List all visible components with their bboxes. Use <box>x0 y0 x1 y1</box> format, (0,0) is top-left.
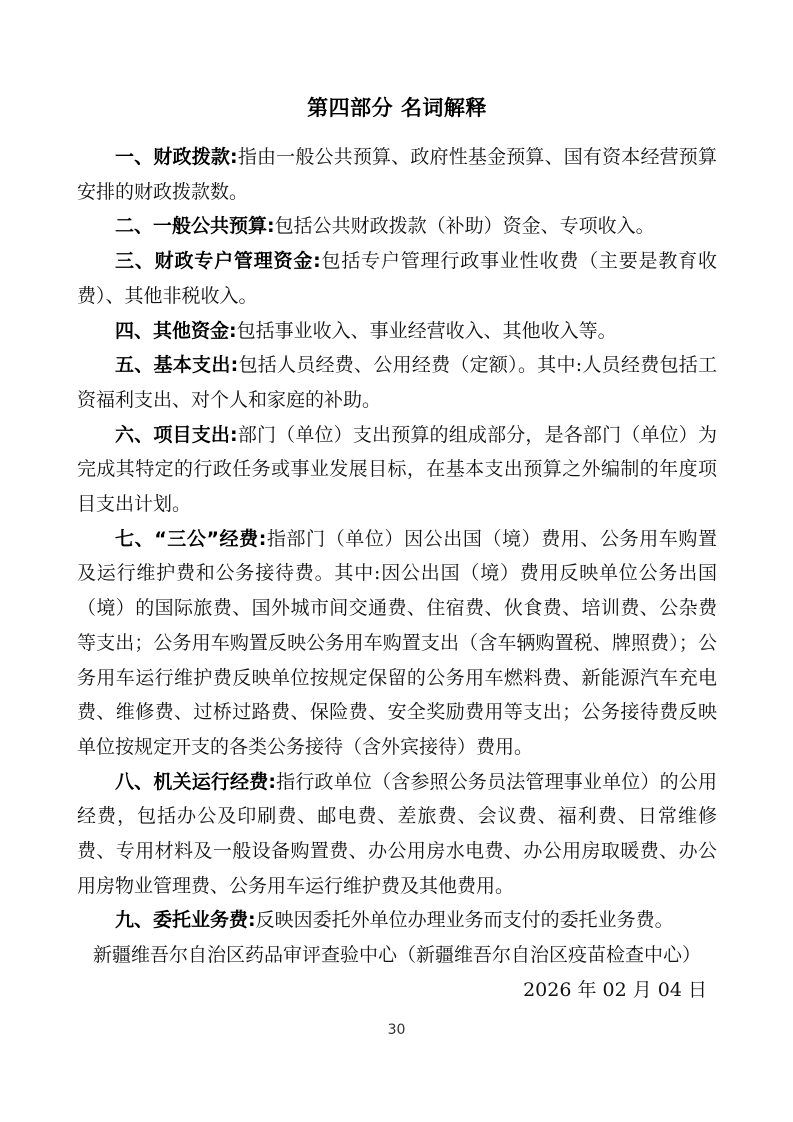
term-label-1: 一、财政拨款: <box>115 146 238 168</box>
term-label-7: 七、“三公”经费: <box>115 528 266 550</box>
term-label-6: 六、项目支出: <box>115 424 238 446</box>
term-label-2: 二、一般公共预算: <box>115 215 275 237</box>
term-paragraph-5: 五、基本支出:包括人员经费、公用经费（定额）。其中:人员经费包括工资福利支出、对… <box>77 348 717 417</box>
term-paragraph-6: 六、项目支出:部门（单位）支出预算的组成部分，是各部门（单位）为完成其特定的行政… <box>77 418 717 522</box>
term-label-8: 八、机关运行经费: <box>115 771 276 793</box>
document-content: 第四部分 名词解释 一、财政拨款:指由一般公共预算、政府性基金预算、国有资本经营… <box>77 97 717 1008</box>
page-number: 30 <box>0 1022 793 1038</box>
term-paragraph-2: 二、一般公共预算:包括公共财政拨款（补助）资金、专项收入。 <box>77 209 717 244</box>
term-paragraph-1: 一、财政拨款:指由一般公共预算、政府性基金预算、国有资本经营预算安排的财政拨款数… <box>77 140 717 209</box>
term-label-4: 四、其他资金: <box>115 320 237 342</box>
term-paragraph-9: 九、委托业务费:反映因委托外单位办理业务而支付的委托业务费。 <box>77 903 717 938</box>
signature-line: 新疆维吾尔自治区药品审评查验中心（新疆维吾尔自治区疫苗检查中心） <box>77 938 717 973</box>
term-paragraph-8: 八、机关运行经费:指行政单位（含参照公务员法管理事业单位）的公用经费，包括办公及… <box>77 765 717 904</box>
term-paragraph-4: 四、其他资金:包括事业收入、事业经营收入、其他收入等。 <box>77 314 717 349</box>
section-title: 第四部分 名词解释 <box>77 97 717 119</box>
term-definition-9: 反映因委托外单位办理业务而支付的委托业务费。 <box>256 909 674 931</box>
term-definition-7: 指部门（单位）因公出国（境）费用、公务用车购置及运行维护费和公务接待费。其中:因… <box>77 528 717 758</box>
term-paragraph-3: 三、财政专户管理资金:包括专户管理行政事业性收费（主要是教育收费）、其他非税收入… <box>77 244 717 313</box>
term-label-9: 九、委托业务费: <box>115 909 256 931</box>
term-definition-2: 包括公共财政拨款（补助）资金、专项收入。 <box>275 215 655 237</box>
document-page: 第四部分 名词解释 一、财政拨款:指由一般公共预算、政府性基金预算、国有资本经营… <box>0 0 793 1122</box>
date-line: 2026 年 02 月 04 日 <box>77 973 717 1008</box>
term-label-5: 五、基本支出: <box>115 354 238 376</box>
term-paragraph-7: 七、“三公”经费:指部门（单位）因公出国（境）费用、公务用车购置及运行维护费和公… <box>77 522 717 765</box>
term-label-3: 三、财政专户管理资金: <box>115 250 321 272</box>
term-definition-4: 包括事业收入、事业经营收入、其他收入等。 <box>237 320 617 342</box>
